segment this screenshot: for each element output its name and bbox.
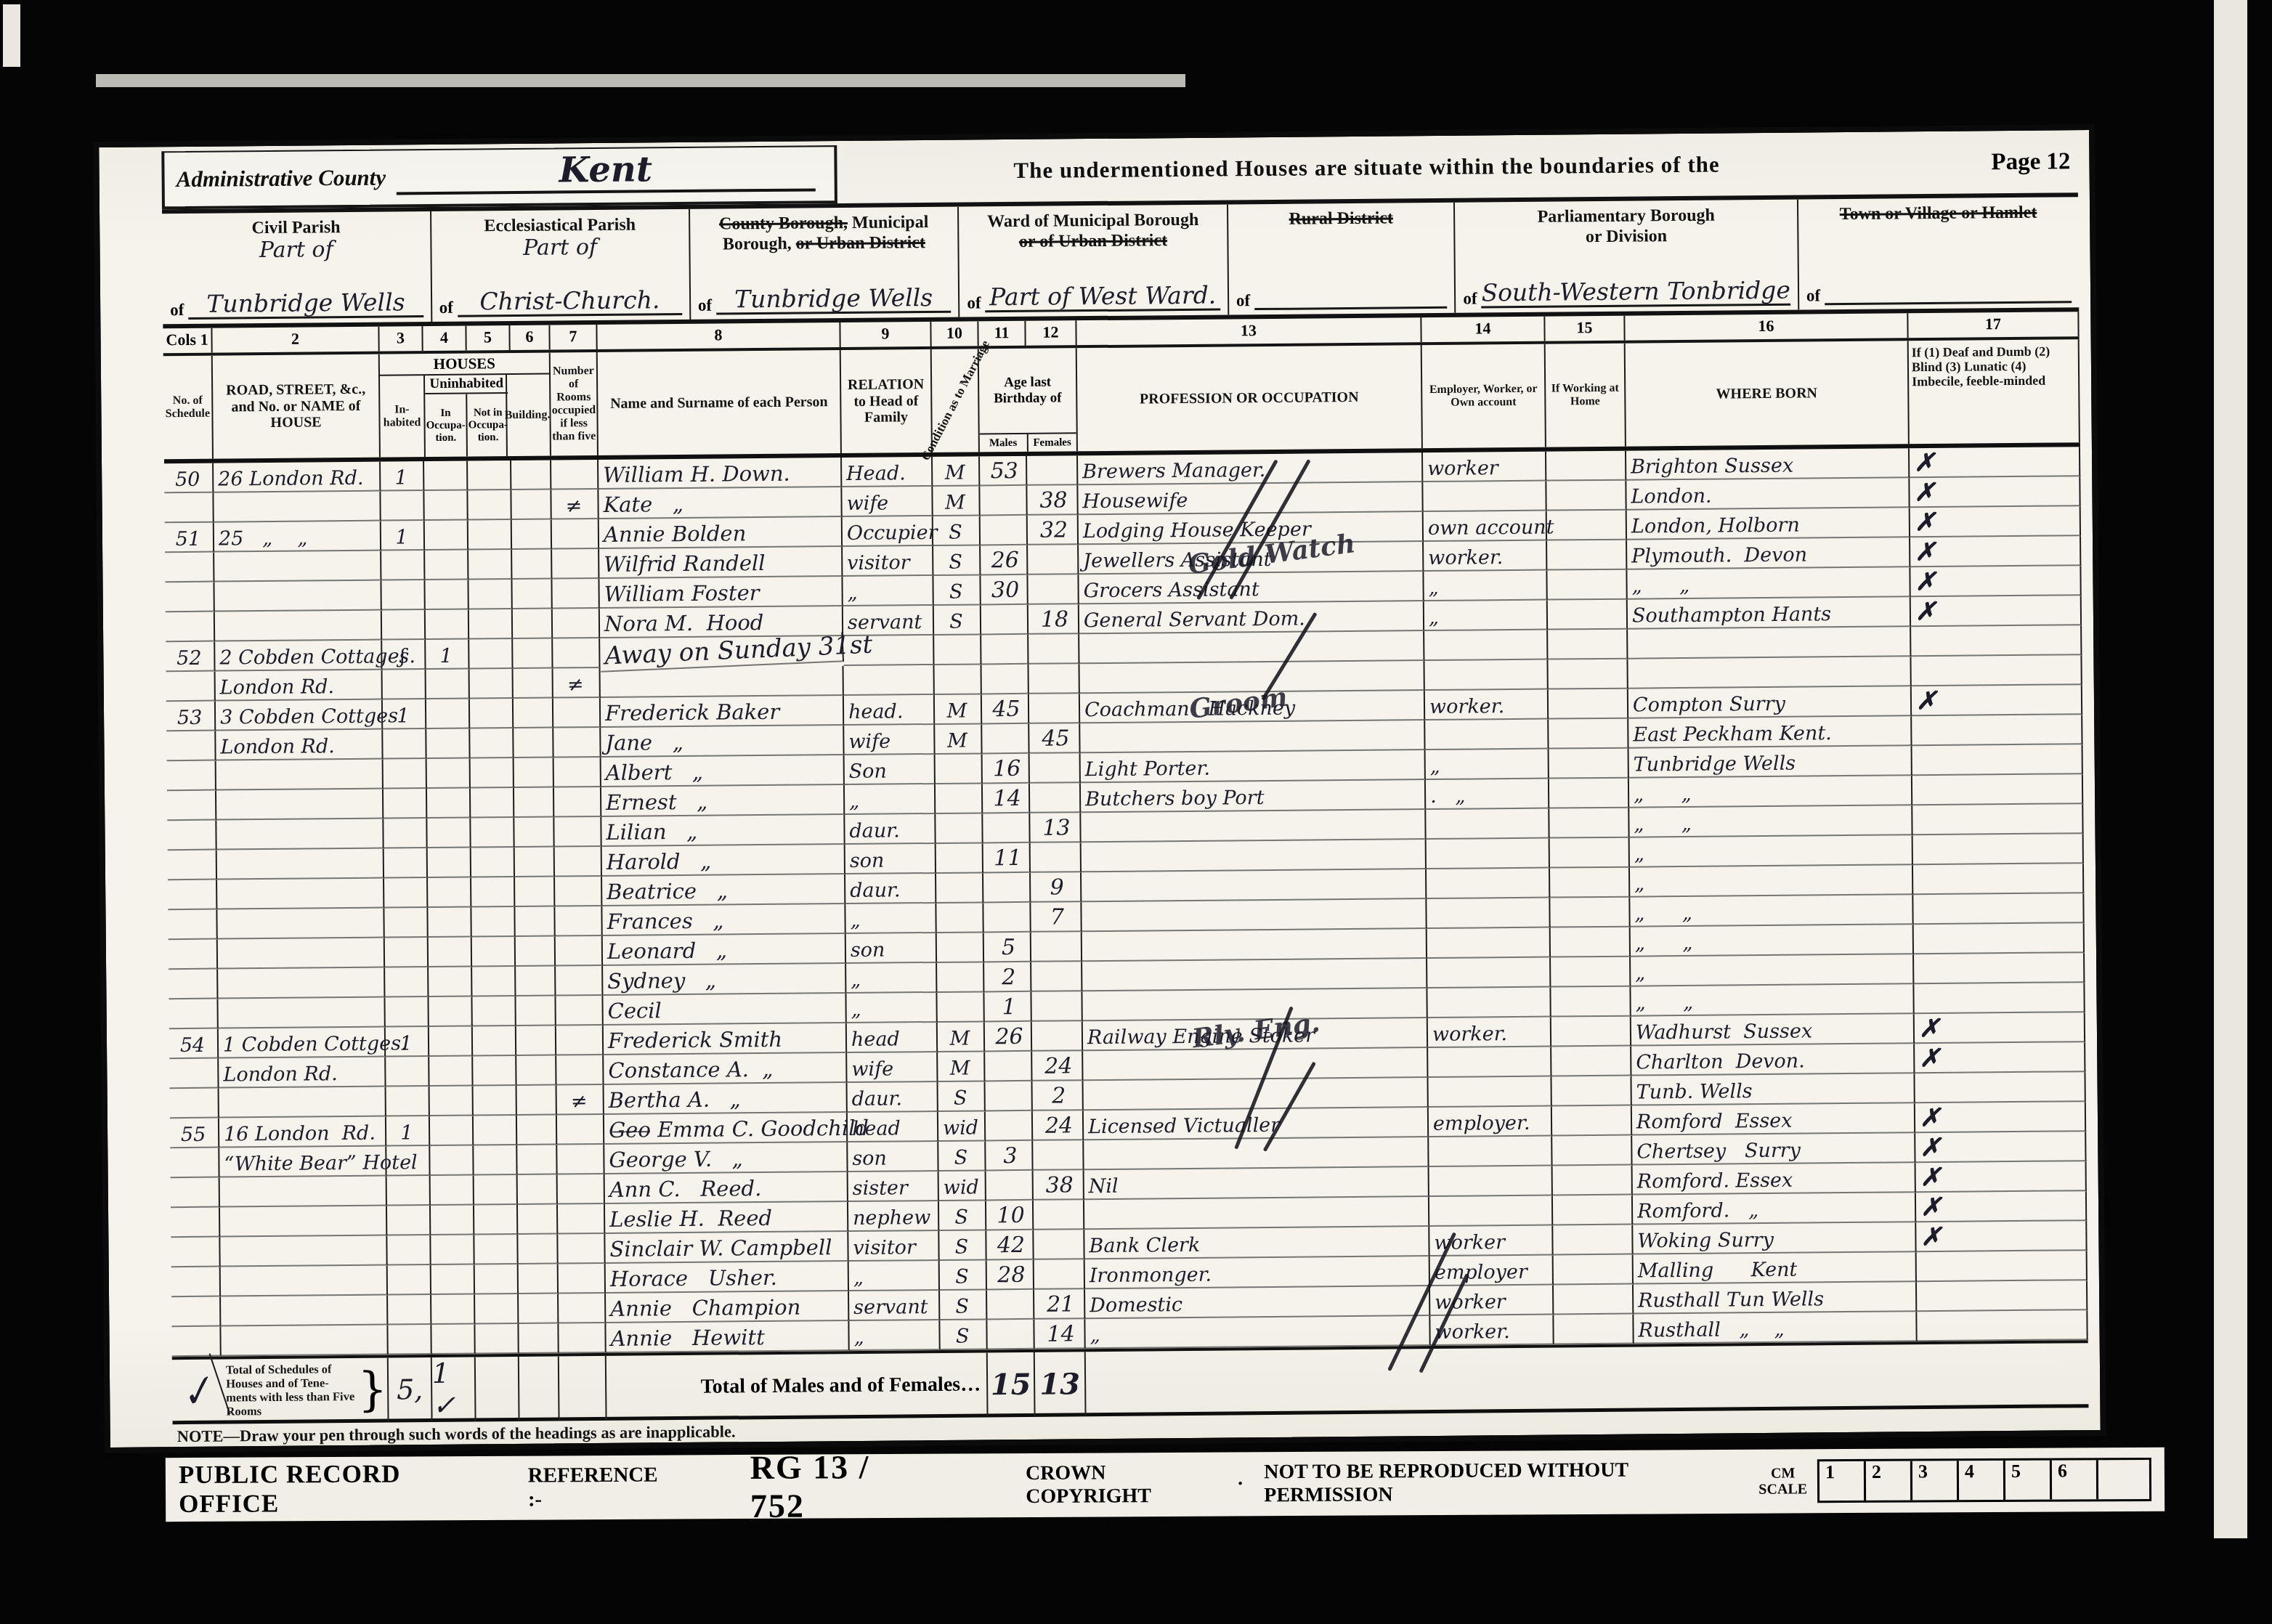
cell-relation: son bbox=[846, 933, 937, 964]
header-not-in-occupation: Not in Occupa-tion. bbox=[467, 394, 508, 456]
cell-where-born: Brighton Sussex bbox=[1626, 448, 1910, 480]
cell-schedule-number bbox=[171, 1178, 220, 1209]
cell-inhabited bbox=[388, 1325, 431, 1355]
cell-inhabited: 1 bbox=[386, 1027, 429, 1057]
cell-schedule-number bbox=[168, 910, 217, 941]
struck-rural-district-label: Rural District bbox=[1236, 208, 1447, 230]
cell-uninhabited-not-in-occupation bbox=[471, 758, 514, 789]
cell-building bbox=[515, 848, 555, 877]
cell-age-female bbox=[1030, 783, 1081, 813]
cell-inhabited bbox=[386, 1057, 429, 1087]
cell-age-male: 28 bbox=[987, 1260, 1034, 1291]
cell-age-female: 32 bbox=[1028, 515, 1079, 545]
cell-working-at-home bbox=[1549, 689, 1628, 720]
cell-rooms bbox=[556, 966, 603, 996]
cell-address: 26 London Rd. bbox=[214, 462, 381, 493]
cell-where-born: „ „ bbox=[1627, 567, 1910, 599]
rural-district-value bbox=[1254, 305, 1447, 310]
cell-rooms bbox=[551, 460, 599, 490]
cell-building bbox=[514, 818, 554, 848]
cell-working-at-home bbox=[1551, 1076, 1631, 1107]
cell-relation: servant bbox=[849, 1291, 940, 1321]
cell-building bbox=[516, 1056, 556, 1086]
cell-infirmity-mark bbox=[1911, 625, 2082, 657]
cell-schedule-number bbox=[167, 821, 216, 851]
cell-employer-worker: worker. bbox=[1428, 1018, 1551, 1048]
cell-where-born: Tunbridge Wells bbox=[1629, 746, 1912, 778]
cell-age-female: 9 bbox=[1031, 872, 1082, 903]
administrative-county-box: Administrative County Kent bbox=[161, 145, 837, 209]
cell-infirmity-mark: ✗ bbox=[1915, 1132, 2086, 1163]
cell-building bbox=[514, 669, 553, 699]
cell-condition: wid bbox=[939, 1171, 986, 1201]
administrative-county-label: Administrative County bbox=[176, 165, 386, 193]
cell-rooms bbox=[553, 638, 600, 669]
cell-occupation: Licensed Victualler bbox=[1084, 1108, 1429, 1140]
cell-relation: visitor bbox=[848, 1231, 939, 1262]
cell-schedule-number bbox=[164, 493, 214, 524]
cell-employer-worker bbox=[1429, 1137, 1552, 1167]
cell-age-female bbox=[1029, 694, 1080, 724]
cell-condition: S bbox=[934, 605, 981, 636]
cell-age-female bbox=[1029, 634, 1079, 665]
ecclesiastical-parish-part-of: Part of bbox=[439, 234, 681, 261]
cell-uninhabited-not-in-occupation bbox=[471, 788, 514, 819]
cell-uninhabited-in-occupation bbox=[431, 1295, 475, 1325]
cell-inhabited bbox=[383, 670, 426, 700]
cell-person-name: Lilian „ bbox=[601, 815, 845, 847]
cell-age-male bbox=[983, 813, 1030, 844]
col-num-17: 17 bbox=[1908, 312, 2079, 338]
cell-uninhabited-not-in-occupation bbox=[470, 669, 514, 699]
header-name: Name and Surname of each Person bbox=[598, 350, 842, 455]
cell-age-male: 42 bbox=[986, 1230, 1034, 1261]
cell-inhabited: 1 bbox=[381, 521, 425, 551]
cell-condition: S bbox=[933, 545, 981, 576]
cell-inhabited bbox=[387, 1176, 431, 1206]
cell-age-female: 38 bbox=[1027, 485, 1078, 516]
cell-working-at-home bbox=[1553, 1195, 1633, 1226]
cell-condition bbox=[936, 903, 983, 933]
col-num-6: 6 bbox=[510, 325, 550, 350]
cell-age-male bbox=[983, 873, 1031, 904]
cell-person-name: Leonard „ bbox=[603, 934, 846, 966]
scale-label: SCALE bbox=[1758, 1481, 1807, 1497]
cell-occupation bbox=[1082, 840, 1427, 872]
cell-uninhabited-not-in-occupation bbox=[472, 937, 516, 967]
cell-rooms: ≠ bbox=[557, 1085, 604, 1116]
cell-uninhabited-in-occupation bbox=[431, 1176, 474, 1206]
cell-inhabited bbox=[384, 878, 428, 909]
cell-rooms: ≠ bbox=[553, 668, 601, 699]
cell-age-female bbox=[1031, 962, 1082, 992]
cell-relation: daur. bbox=[845, 814, 936, 845]
cell-relation: wife bbox=[847, 1052, 938, 1083]
cell-age-female: 24 bbox=[1033, 1111, 1084, 1141]
cell-age-female bbox=[1028, 575, 1079, 605]
cell-employer-worker: own account bbox=[1424, 511, 1547, 542]
cell-schedule-number bbox=[169, 999, 218, 1030]
cell-employer-worker: worker. bbox=[1430, 1315, 1554, 1346]
cell-inhabited bbox=[388, 1265, 431, 1296]
totals-uninhabited: 1 ✓ bbox=[432, 1357, 476, 1422]
header-in-occupation: In Occupa-tion. bbox=[425, 394, 468, 458]
header-at-home: If Working at Home bbox=[1546, 344, 1626, 447]
cell-relation: head. bbox=[844, 695, 935, 726]
cell-age-male: 1 bbox=[984, 992, 1031, 1023]
col-num-5: 5 bbox=[466, 325, 510, 351]
cell-working-at-home bbox=[1549, 749, 1629, 779]
cell-age-female: 18 bbox=[1029, 604, 1079, 635]
cell-employer-worker: „ bbox=[1424, 571, 1547, 601]
of-label: of bbox=[1236, 291, 1250, 310]
cell-infirmity-mark: ✗ bbox=[1910, 506, 2081, 537]
cell-uninhabited-in-occupation bbox=[427, 789, 471, 819]
district-boxes: Civil Parish Part of ofTunbridge Wells E… bbox=[162, 197, 2079, 328]
cell-where-born: Plymouth. Devon bbox=[1627, 537, 1910, 569]
cell-occupation bbox=[1081, 810, 1426, 843]
cell-age-female: 14 bbox=[1034, 1319, 1085, 1349]
cell-condition bbox=[937, 992, 984, 1023]
cell-age-male: 30 bbox=[981, 575, 1028, 606]
cell-building bbox=[518, 1205, 558, 1235]
civil-parish-value: Tunbridge Wells bbox=[188, 290, 423, 320]
cell-inhabited bbox=[387, 1235, 431, 1266]
cell-person-name: Sinclair W. Campbell bbox=[605, 1232, 848, 1264]
cell-working-at-home bbox=[1553, 1225, 1633, 1256]
cell-building bbox=[514, 728, 553, 758]
cell-age-male: 26 bbox=[981, 545, 1028, 576]
cell-relation: Son bbox=[845, 755, 936, 785]
census-page-sheet: Administrative County Kent The underment… bbox=[93, 124, 2106, 1453]
totals-label-cell: Total of Schedules of Houses and of Tene… bbox=[222, 1358, 389, 1424]
col-num-14: 14 bbox=[1421, 317, 1545, 342]
header-infirmity: If (1) Deaf and Dumb (2) Blind (3) Lunat… bbox=[1909, 339, 2080, 444]
cell-uninhabited-not-in-occupation bbox=[468, 460, 511, 491]
of-label: of bbox=[170, 301, 184, 320]
cell-address bbox=[215, 611, 382, 642]
cell-uninhabited-not-in-occupation bbox=[474, 1205, 518, 1235]
cell-occupation bbox=[1082, 959, 1427, 991]
cell-occupation bbox=[1082, 988, 1427, 1021]
totals-empty-5 bbox=[476, 1357, 520, 1421]
cell-uninhabited-in-occupation bbox=[424, 461, 468, 492]
cell-employer-worker bbox=[1424, 630, 1548, 661]
col-num-1: Cols 1 bbox=[163, 328, 212, 354]
cell-uninhabited-not-in-occupation bbox=[470, 728, 514, 759]
cell-rooms bbox=[558, 1204, 605, 1235]
cell-age-female: 45 bbox=[1029, 723, 1080, 754]
cell-age-male bbox=[987, 1290, 1034, 1320]
cell-inhabited: 1 bbox=[381, 461, 424, 492]
cell-age-male bbox=[982, 724, 1029, 755]
cell-where-born: Chertsey Surry bbox=[1632, 1133, 1915, 1165]
cell-rooms bbox=[554, 817, 601, 848]
totals-empty-right bbox=[1086, 1343, 2089, 1416]
ruler-cell-2: 2 bbox=[1866, 1461, 1912, 1501]
header-houses-group: HOUSES In-habited Uninhabited In Occupa-… bbox=[380, 353, 551, 458]
census-form: Administrative County Kent The underment… bbox=[161, 130, 2089, 1449]
cell-occupation bbox=[1082, 869, 1427, 902]
cell-address bbox=[221, 1296, 388, 1327]
cell-working-at-home bbox=[1551, 1017, 1631, 1047]
cell-uninhabited-not-in-occupation bbox=[469, 609, 513, 640]
cell-inhabited bbox=[384, 819, 427, 849]
totals-males-females-label: Total of Males and of Females… bbox=[606, 1352, 989, 1420]
cell-rooms bbox=[558, 1174, 605, 1205]
crown-copyright-label: CROWN COPYRIGHT bbox=[1026, 1461, 1217, 1509]
cell-infirmity-mark: ✗ bbox=[1916, 1221, 2087, 1252]
cell-inhabited bbox=[385, 967, 429, 998]
cell-uninhabited-not-in-occupation bbox=[474, 1116, 517, 1146]
occupation-text: Brewers Manager. bbox=[1082, 460, 1265, 482]
cell-rooms bbox=[559, 1323, 606, 1354]
cell-employer-worker: worker. bbox=[1425, 690, 1549, 720]
cell-working-at-home bbox=[1550, 898, 1630, 928]
cell-working-at-home bbox=[1553, 1166, 1633, 1196]
of-label: of bbox=[1806, 286, 1820, 305]
cell-address bbox=[216, 789, 384, 821]
cell-address bbox=[217, 909, 384, 940]
header-females: Females bbox=[1028, 434, 1076, 452]
cell-infirmity-mark bbox=[1917, 1280, 2088, 1312]
of-label: of bbox=[1463, 289, 1477, 308]
col-num-16: 16 bbox=[1625, 313, 1908, 340]
cell-building bbox=[515, 877, 555, 907]
cell-employer-worker bbox=[1427, 839, 1550, 869]
cell-building bbox=[513, 639, 553, 669]
cell-condition: S bbox=[938, 1141, 986, 1172]
cell-uninhabited-in-occupation bbox=[431, 1265, 475, 1296]
cell-age-female: 2 bbox=[1033, 1081, 1084, 1111]
cell-rooms bbox=[556, 996, 603, 1026]
cell-inhabited bbox=[382, 610, 426, 641]
cell-rooms bbox=[556, 1026, 604, 1056]
cell-relation: „ bbox=[843, 576, 933, 606]
cell-building bbox=[511, 460, 551, 490]
cell-occupation: Ironmonger. bbox=[1085, 1256, 1430, 1289]
cell-condition: wid bbox=[938, 1111, 986, 1142]
cell-relation: Occupier bbox=[843, 516, 933, 547]
cell-person-name: Albert „ bbox=[601, 755, 845, 787]
cell-age-male: 11 bbox=[983, 843, 1031, 874]
cell-occupation bbox=[1083, 1048, 1428, 1081]
cell-infirmity-mark bbox=[1912, 744, 2083, 776]
cell-infirmity-mark: ✗ bbox=[1910, 536, 2081, 567]
col-num-13: 13 bbox=[1076, 317, 1421, 345]
cell-building bbox=[516, 996, 556, 1026]
cell-age-female bbox=[1031, 843, 1082, 873]
cell-employer-worker bbox=[1427, 988, 1551, 1018]
cell-occupation: Butchers boy Port bbox=[1081, 780, 1426, 813]
cell-infirmity-mark bbox=[1915, 1072, 2085, 1103]
cell-relation: „ bbox=[846, 993, 937, 1023]
cell-building bbox=[517, 1145, 557, 1175]
cell-working-at-home bbox=[1550, 868, 1630, 898]
administrative-county-value: Kent bbox=[559, 149, 652, 190]
cell-rooms bbox=[555, 847, 602, 877]
cell-uninhabited-in-occupation bbox=[428, 878, 471, 909]
cell-uninhabited-in-occupation bbox=[431, 1206, 474, 1236]
cell-uninhabited-in-occupation bbox=[426, 699, 470, 730]
of-label: of bbox=[967, 293, 981, 312]
cell-schedule-number: 52 bbox=[166, 642, 215, 673]
col-num-8: 8 bbox=[597, 322, 840, 349]
cell-employer-worker bbox=[1427, 898, 1550, 929]
cell-person-name: William Foster bbox=[599, 577, 843, 609]
cell-building bbox=[517, 1086, 557, 1116]
cell-relation: daur. bbox=[848, 1082, 938, 1113]
cell-person-name: George V. „ bbox=[604, 1142, 848, 1174]
cell-employer-worker: „ bbox=[1426, 750, 1549, 780]
cell-infirmity-mark bbox=[1912, 715, 2082, 746]
header-males: Males bbox=[980, 434, 1029, 452]
cell-person-name: Leslie H. Reed bbox=[605, 1202, 848, 1234]
cell-schedule-number bbox=[166, 612, 215, 643]
separator-dot: · bbox=[1237, 1472, 1244, 1495]
cell-rooms bbox=[552, 549, 599, 580]
cell-inhabited bbox=[381, 551, 425, 581]
cell-uninhabited-not-in-occupation bbox=[468, 580, 512, 610]
public-record-office-label: PUBLIC RECORD OFFICE bbox=[179, 1459, 477, 1519]
cell-infirmity-mark bbox=[1913, 864, 2084, 895]
cell-age-male: 45 bbox=[982, 694, 1029, 725]
cell-condition: S bbox=[939, 1201, 986, 1231]
occupation-text: Bank Clerk bbox=[1089, 1235, 1200, 1256]
cell-working-at-home bbox=[1552, 1106, 1632, 1137]
occupation-text: Jewellers Assistant bbox=[1083, 550, 1272, 571]
cell-rooms bbox=[557, 1145, 604, 1175]
cell-working-at-home bbox=[1554, 1255, 1634, 1286]
cell-rooms bbox=[553, 609, 600, 639]
cell-employer-worker bbox=[1429, 1166, 1553, 1197]
cell-person-name: Annie Bolden bbox=[599, 517, 843, 549]
occupation-text: Nil bbox=[1089, 1177, 1119, 1196]
cell-where-born: London, Holborn bbox=[1627, 508, 1910, 540]
cell-occupation: Bank Clerk bbox=[1084, 1227, 1429, 1259]
cell-age-male bbox=[985, 1052, 1032, 1082]
cell-person-name: Ann C. Reed. bbox=[605, 1172, 848, 1204]
cell-inhabited bbox=[386, 1146, 430, 1177]
cell-relation: wife bbox=[844, 725, 935, 755]
town-village-value bbox=[1825, 299, 2072, 305]
situate-statement: The undermentioned Houses are situate wi… bbox=[837, 131, 1896, 203]
cell-condition: S bbox=[933, 575, 981, 606]
of-label: of bbox=[698, 296, 712, 315]
cell-rooms bbox=[553, 698, 601, 728]
record-office-strip: PUBLIC RECORD OFFICE REFERENCE :- RG 13 … bbox=[166, 1448, 2165, 1522]
occupation-text: „ bbox=[1090, 1325, 1100, 1345]
cell-schedule-number bbox=[167, 761, 216, 792]
cell-age-male: 2 bbox=[984, 962, 1031, 993]
cell-schedule-number bbox=[169, 970, 218, 1000]
cell-employer-worker bbox=[1428, 1047, 1551, 1078]
cell-rooms bbox=[554, 787, 601, 818]
cell-infirmity-mark: ✗ bbox=[1915, 1012, 2085, 1044]
cell-uninhabited-in-occupation bbox=[426, 729, 470, 760]
cell-employer-worker bbox=[1427, 869, 1550, 899]
totals-females: 13 bbox=[1035, 1352, 1087, 1416]
cell-uninhabited-in-occupation bbox=[427, 759, 471, 789]
cell-infirmity-mark bbox=[1917, 1251, 2088, 1282]
cell-employer-worker: employer. bbox=[1429, 1107, 1552, 1137]
parliamentary-borough-value: South-Western Tonbridge bbox=[1481, 278, 1790, 309]
cell-condition bbox=[934, 635, 981, 665]
cell-relation: Head. bbox=[842, 457, 933, 487]
cell-schedule-number: 55 bbox=[170, 1118, 219, 1149]
totals-empty-7 bbox=[559, 1356, 607, 1421]
cell-age-female: 24 bbox=[1032, 1051, 1083, 1081]
cell-inhabited bbox=[387, 1206, 431, 1236]
header-houses: HOUSES bbox=[380, 353, 549, 376]
cell-schedule-number bbox=[167, 791, 216, 821]
cell-uninhabited-in-occupation bbox=[430, 1116, 474, 1147]
totals-left-pen-mark: ✓ bbox=[163, 1353, 230, 1429]
occupation-text: Lodging House Keeper bbox=[1083, 519, 1311, 541]
cell-inhabited bbox=[385, 997, 429, 1028]
cell-uninhabited-not-in-occupation bbox=[471, 848, 515, 878]
cell-occupation bbox=[1082, 929, 1427, 962]
cell-uninhabited-not-in-occupation bbox=[475, 1324, 519, 1355]
cell-rooms bbox=[552, 519, 599, 550]
cell-address: London Rd. bbox=[216, 670, 383, 702]
cell-address: 25 „ „ bbox=[214, 521, 381, 553]
page-number: Page 12 bbox=[1896, 130, 2078, 194]
cell-address bbox=[218, 938, 385, 970]
cell-condition: S bbox=[940, 1260, 987, 1291]
municipal-word: Municipal bbox=[848, 213, 929, 232]
totals-label: Total of Schedules of Houses and of Tene… bbox=[222, 1361, 357, 1420]
ruler-cell-3: 3 bbox=[1912, 1461, 1959, 1500]
cell-working-at-home bbox=[1547, 540, 1627, 571]
cell-employer-worker: worker bbox=[1423, 452, 1546, 482]
cell-address bbox=[218, 998, 385, 1029]
cell-relation bbox=[843, 636, 934, 666]
cell-person-name: Beatrice „ bbox=[602, 874, 845, 906]
cell-address bbox=[216, 760, 384, 791]
cell-where-born: „ „ bbox=[1630, 895, 1913, 927]
cell-working-at-home bbox=[1546, 451, 1626, 482]
cell-uninhabited-not-in-occupation bbox=[468, 490, 511, 521]
cell-where-born: Charlton Devon. bbox=[1631, 1044, 1915, 1076]
cell-address bbox=[220, 1177, 387, 1208]
parliamentary-borough-label: Parliamentary Boroughor Division bbox=[1462, 206, 1790, 248]
cell-infirmity-mark bbox=[1913, 893, 2084, 925]
cell-infirmity-mark: ✗ bbox=[1912, 685, 2082, 716]
cell-schedule-number: 54 bbox=[169, 1029, 219, 1060]
scan-edge-sliver-topleft bbox=[3, 4, 20, 67]
cell-schedule-number bbox=[171, 1297, 221, 1328]
cell-uninhabited-not-in-occupation bbox=[471, 818, 514, 848]
col-num-4: 4 bbox=[423, 326, 466, 352]
cell-rooms bbox=[556, 1055, 604, 1086]
cell-age-male bbox=[983, 903, 1031, 933]
parl-line1: Parliamentary Borough bbox=[1538, 206, 1715, 227]
cell-rooms bbox=[555, 877, 602, 907]
cell-age-female bbox=[1034, 1259, 1085, 1290]
cell-person-name: Annie Hewitt bbox=[606, 1321, 849, 1353]
cell-where-born: Compton Surry bbox=[1628, 686, 1912, 718]
header-building: Building. bbox=[507, 375, 548, 456]
cell-condition bbox=[935, 665, 982, 695]
header-uninhabited-group: Uninhabited In Occupa-tion. Not in Occup… bbox=[423, 375, 508, 457]
cell-uninhabited-in-occupation bbox=[424, 491, 468, 521]
occupation-text: General Servant Dom. bbox=[1084, 609, 1305, 631]
cell-building bbox=[519, 1324, 559, 1354]
cell-inhabited bbox=[386, 1087, 430, 1117]
cell-age-female bbox=[1029, 664, 1080, 694]
cell-working-at-home bbox=[1549, 808, 1629, 839]
